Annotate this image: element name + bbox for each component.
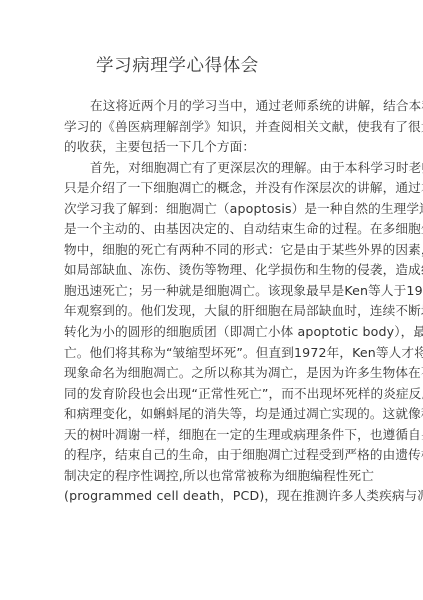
paragraph-line: 的收获，主要包括一下几个方面： <box>64 137 356 158</box>
paragraph-line: 是一个主动的、由基因决定的、自动结束生命的过程。在多细胞生 <box>64 219 356 240</box>
document-page: 学习病理学心得体会 在这将近两个月的学习当中，通过老师系统的讲解，结合本科 学习… <box>0 0 423 600</box>
paragraph-line: 天的树叶凋谢一样，细胞在一定的生理或病理条件下，也遵循自身 <box>64 425 356 446</box>
paragraph-line: 转化为小的圆形的细胞质团（即凋亡小体 apoptotic body），最后死 <box>64 322 356 343</box>
document-body: 在这将近两个月的学习当中，通过老师系统的讲解，结合本科 学习的《兽医病理解剖学》… <box>64 96 356 507</box>
paragraph-line: 次学习我了解到：细胞凋亡（apoptosis）是一种自然的生理学过程， <box>64 199 356 220</box>
paragraph-line: 和病理变化，如蝌蚪尾的消失等，均是通过凋亡实现的。这就像秋 <box>64 404 356 425</box>
paragraph-line: 只是介绍了一下细胞凋亡的概念，并没有作深层次的讲解，通过本 <box>64 178 356 199</box>
paragraph-line: 物中，细胞的死亡有两种不同的形式：它是由于某些外界的因素， <box>64 240 356 261</box>
paragraph-line: 同的发育阶段也会出现“正常性死亡”，而不出现坏死样的炎症反应 <box>64 384 356 405</box>
paragraph-line: 现象命名为细胞凋亡。之所以称其为凋亡，是因为许多生物体在不 <box>64 363 356 384</box>
paragraph-line: 年观察到的。他们发现，大鼠的肝细胞在局部缺血时，连续不断地 <box>64 301 356 322</box>
document-title: 学习病理学心得体会 <box>96 52 259 77</box>
paragraph-line: 亡。他们将其称为“皱缩型坏死”。但直到1972年，Ken等人才将该 <box>64 343 356 364</box>
paragraph-line: 学习的《兽医病理解剖学》知识，并查阅相关文献，使我有了很大 <box>64 117 356 138</box>
paragraph-line: 胞迅速死亡；另一种就是细胞凋亡。该现象最早是Ken等人于1965 <box>64 281 356 302</box>
paragraph-line: 如局部缺血、冻伤、烫伤等物理、化学损伤和生物的侵袭，造成细 <box>64 260 356 281</box>
paragraph-line: 在这将近两个月的学习当中，通过老师系统的讲解，结合本科 <box>64 96 356 117</box>
paragraph-line: 制决定的程序性调控,所以也常常被称为细胞编程性死亡 <box>64 466 356 487</box>
paragraph-line: 首先，对细胞凋亡有了更深层次的理解。由于本科学习时老师 <box>64 158 356 179</box>
paragraph-line: 的程序，结束自己的生命，由于细胞凋亡过程受到严格的由遗传机 <box>64 445 356 466</box>
paragraph-line: (programmed cell death，PCD)，现在推测许多人类疾病与凋… <box>64 486 356 507</box>
